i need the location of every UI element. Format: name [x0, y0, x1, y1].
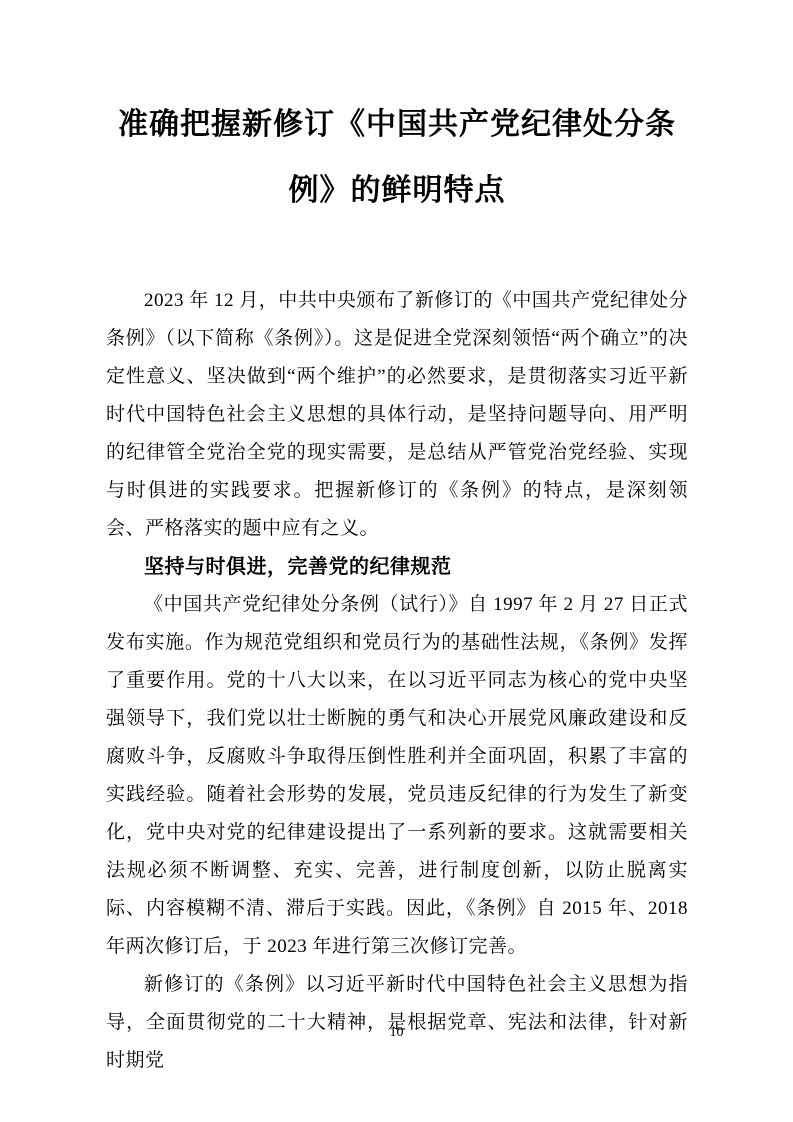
- intro-paragraph: 2023 年 12 月，中共中央颁布了新修订的《中国共产党纪律处分条例》（以下简…: [106, 282, 688, 548]
- document-content: 准确把握新修订《中国共产党纪律处分条 例》的鲜明特点 2023 年 12 月，中…: [106, 0, 688, 1080]
- document-title: 准确把握新修订《中国共产党纪律处分条 例》的鲜明特点: [106, 0, 688, 224]
- document-title-line-1: 准确把握新修订《中国共产党纪律处分条: [106, 92, 688, 158]
- document-page: 准确把握新修订《中国共产党纪律处分条 例》的鲜明特点 2023 年 12 月，中…: [0, 0, 793, 1122]
- document-title-line-2: 例》的鲜明特点: [106, 158, 688, 224]
- document-body: 2023 年 12 月，中共中央颁布了新修订的《中国共产党纪律处分条例》（以下简…: [106, 282, 688, 1080]
- section-paragraph-2: 新修订的《条例》以习近平新时代中国特色社会主义思想为指导，全面贯彻党的二十大精神…: [106, 966, 688, 1080]
- section-heading: 坚持与时俱进，完善党的纪律规范: [106, 548, 688, 586]
- page-number: 10: [0, 1024, 793, 1042]
- section-paragraph-1: 《中国共产党纪律处分条例（试行）》自 1997 年 2 月 27 日正式发布实施…: [106, 586, 688, 966]
